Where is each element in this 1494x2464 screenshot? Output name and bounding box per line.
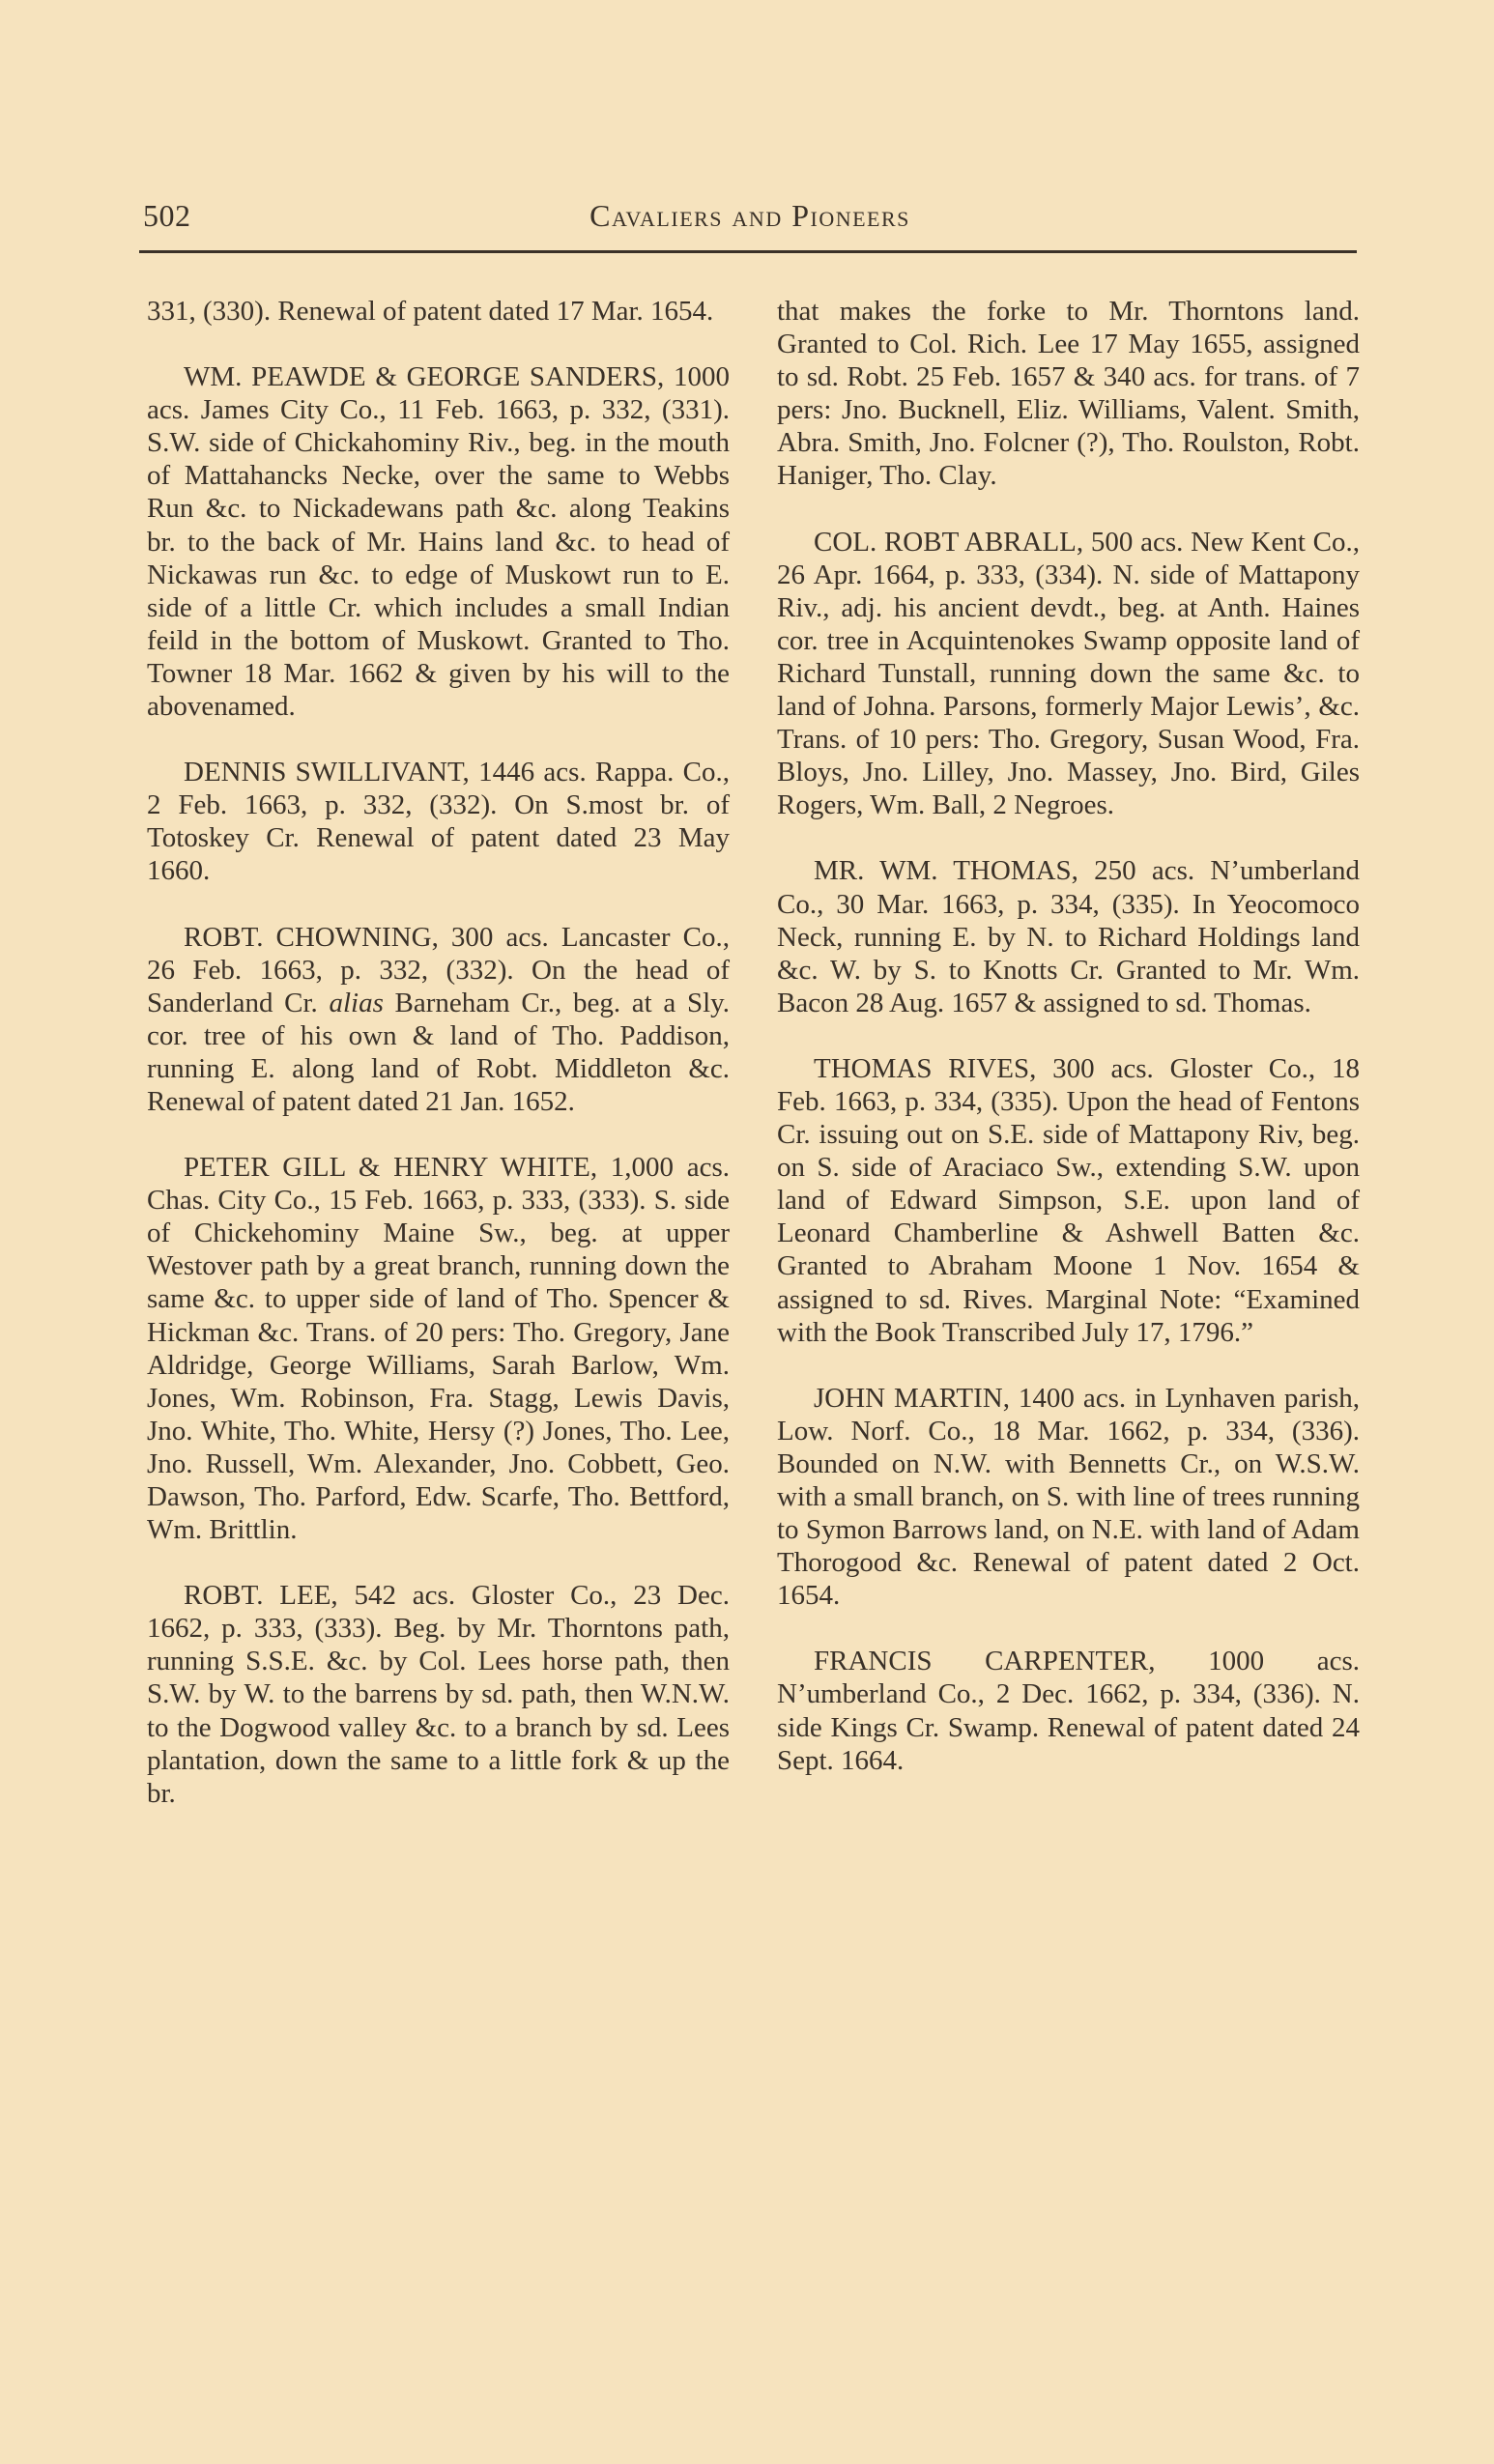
entry-gill-white: PETER GILL & HENRY WHITE, 1,000 acs. Cha… [147, 1151, 730, 1546]
header-rule [139, 250, 1357, 253]
entry-abrall: COL. ROBT ABRALL, 500 acs. New Kent Co.,… [777, 526, 1360, 822]
entry-swillivant: DENNIS SWILLIVANT, 1446 acs. Rappa. Co.,… [147, 756, 730, 887]
entry-john-martin: JOHN MARTIN, 1400 acs. in Lynhaven paris… [777, 1382, 1360, 1613]
entry-robt-lee: ROBT. LEE, 542 acs. Gloster Co., 23 Dec.… [147, 1579, 730, 1810]
right-column: that makes the forke to Mr. Thorntons la… [777, 295, 1360, 1810]
entry-wm-thomas: MR. WM. THOMAS, 250 acs. N’umberland Co.… [777, 854, 1360, 1018]
entry-thomas-rives: THOMAS RIVES, 300 acs. Gloster Co., 18 F… [777, 1052, 1360, 1349]
italic-term: alias [329, 988, 383, 1018]
entry-chowning: ROBT. CHOWNING, 300 acs. Lancaster Co., … [147, 921, 730, 1119]
book-title: Cavaliers and Pioneers [143, 198, 1357, 234]
entry-continuation: 331, (330). Renewal of patent dated 17 M… [147, 295, 730, 328]
left-column: 331, (330). Renewal of patent dated 17 M… [147, 295, 730, 1843]
entry-peawde-sanders: WM. PEAWDE & GEORGE SANDERS, 1000 acs. J… [147, 360, 730, 723]
running-head: 502 Cavaliers and Pioneers [143, 198, 1357, 241]
entry-continuation: that makes the forke to Mr. Thorntons la… [777, 295, 1360, 493]
entry-francis-carpenter: FRANCIS CARPENTER, 1000 acs. N’umberland… [777, 1645, 1360, 1776]
